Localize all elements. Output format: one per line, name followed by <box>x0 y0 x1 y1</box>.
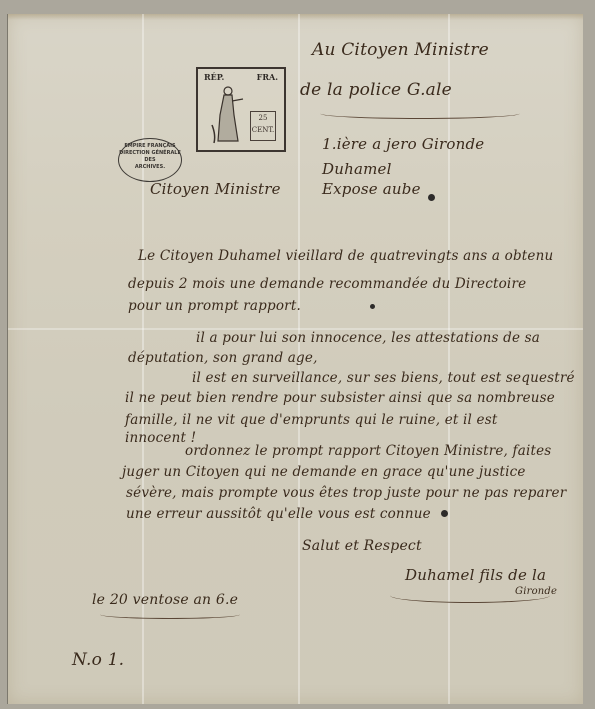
address-line: Expose aube <box>322 180 421 198</box>
liberty-figure-icon <box>210 85 244 145</box>
archive-stamp-line: EMPIRE FRANÇAIS <box>119 143 181 150</box>
date-flourish <box>100 610 240 619</box>
body-line: députation, son grand age, <box>128 350 318 366</box>
stamp-value: 25 CENT. <box>250 111 276 141</box>
paper-hole <box>441 510 448 517</box>
signature-flourish <box>390 588 550 603</box>
body-line: ordonnez le prompt rapport Citoyen Minis… <box>185 443 551 459</box>
stamp-value-number: 25 <box>251 112 275 124</box>
paper-hole <box>370 304 375 309</box>
stamp-text-right: FRA. <box>257 72 278 82</box>
revenue-stamp: RÉP. FRA. 25 CENT. <box>196 67 286 152</box>
body-line: famille, il ne vit que d'emprunts qui le… <box>125 412 497 428</box>
address-line: Duhamel <box>322 160 392 178</box>
document-number: N.o 1. <box>72 650 124 670</box>
body-line: juger un Citoyen qui ne demande en grace… <box>122 464 526 480</box>
body-line: il a pour lui son innocence, les attesta… <box>196 330 540 346</box>
date: le 20 ventose an 6.e <box>92 592 238 608</box>
body-line: sévère, mais prompte vous êtes trop just… <box>126 485 566 501</box>
body-line: une erreur aussitôt qu'elle vous est con… <box>126 506 431 522</box>
paper-hole <box>428 194 435 201</box>
archive-stamp-line: ARCHIVES. <box>119 164 181 171</box>
flourish <box>320 108 520 119</box>
archive-stamp-line: DIRECTION GÉNÉRALE <box>119 150 181 157</box>
closing: Salut et Respect <box>302 538 422 554</box>
address-line: 1.ière a jero Gironde <box>322 135 484 153</box>
stamp-text-left: RÉP. <box>204 72 224 82</box>
body-line: pour un prompt rapport. <box>128 298 301 314</box>
body-line: il est en surveillance, sur ses biens, t… <box>192 370 575 386</box>
body-line: depuis 2 mois une demande recommandée du… <box>128 276 526 292</box>
archive-stamp-line: DES <box>119 157 181 164</box>
archive-stamp: EMPIRE FRANÇAIS DIRECTION GÉNÉRALE DES A… <box>118 138 182 182</box>
address-line: de la police G.ale <box>300 80 452 100</box>
body-line: il ne peut bien rendre pour subsister ai… <box>125 390 555 406</box>
signature: Duhamel fils de la <box>405 566 546 584</box>
body-line: Le Citoyen Duhamel vieillard de quatrevi… <box>138 248 553 264</box>
stamp-value-unit: CENT. <box>251 124 275 136</box>
salutation: Citoyen Ministre <box>150 180 281 198</box>
address-line: Au Citoyen Ministre <box>312 40 489 60</box>
